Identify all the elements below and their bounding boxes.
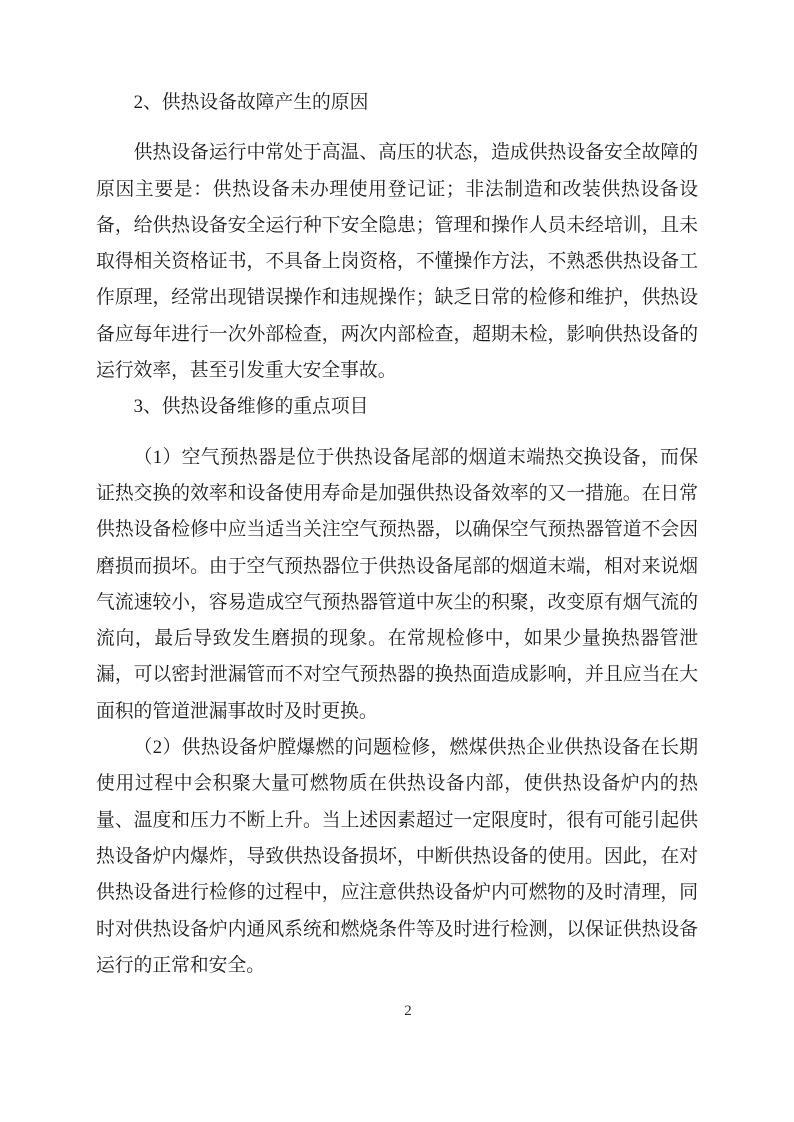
page-footer: 2 (0, 1001, 794, 1021)
body-paragraph: （1）空气预热器是位于供热设备尾部的烟道末端热交换设备，而保证热交换的效率和设备… (96, 440, 698, 730)
body-paragraph: 供热设备运行中常处于高温、高压的状态，造成供热设备安全故障的原因主要是：供热设备… (96, 135, 698, 389)
page-number: 2 (404, 1001, 412, 1021)
document-body: 2、供热设备故障产生的原因供热设备运行中常处于高温、高压的状态，造成供热设备安全… (96, 85, 698, 984)
document-page: 2、供热设备故障产生的原因供热设备运行中常处于高温、高压的状态，造成供热设备安全… (0, 0, 794, 1122)
section-heading: 2、供热设备故障产生的原因 (96, 85, 698, 121)
body-paragraph: （2）供热设备炉膛爆燃的问题检修，燃煤供热企业供热设备在长期使用过程中会积聚大量… (96, 730, 698, 984)
section-heading: 3、供热设备维修的重点项目 (96, 389, 698, 425)
